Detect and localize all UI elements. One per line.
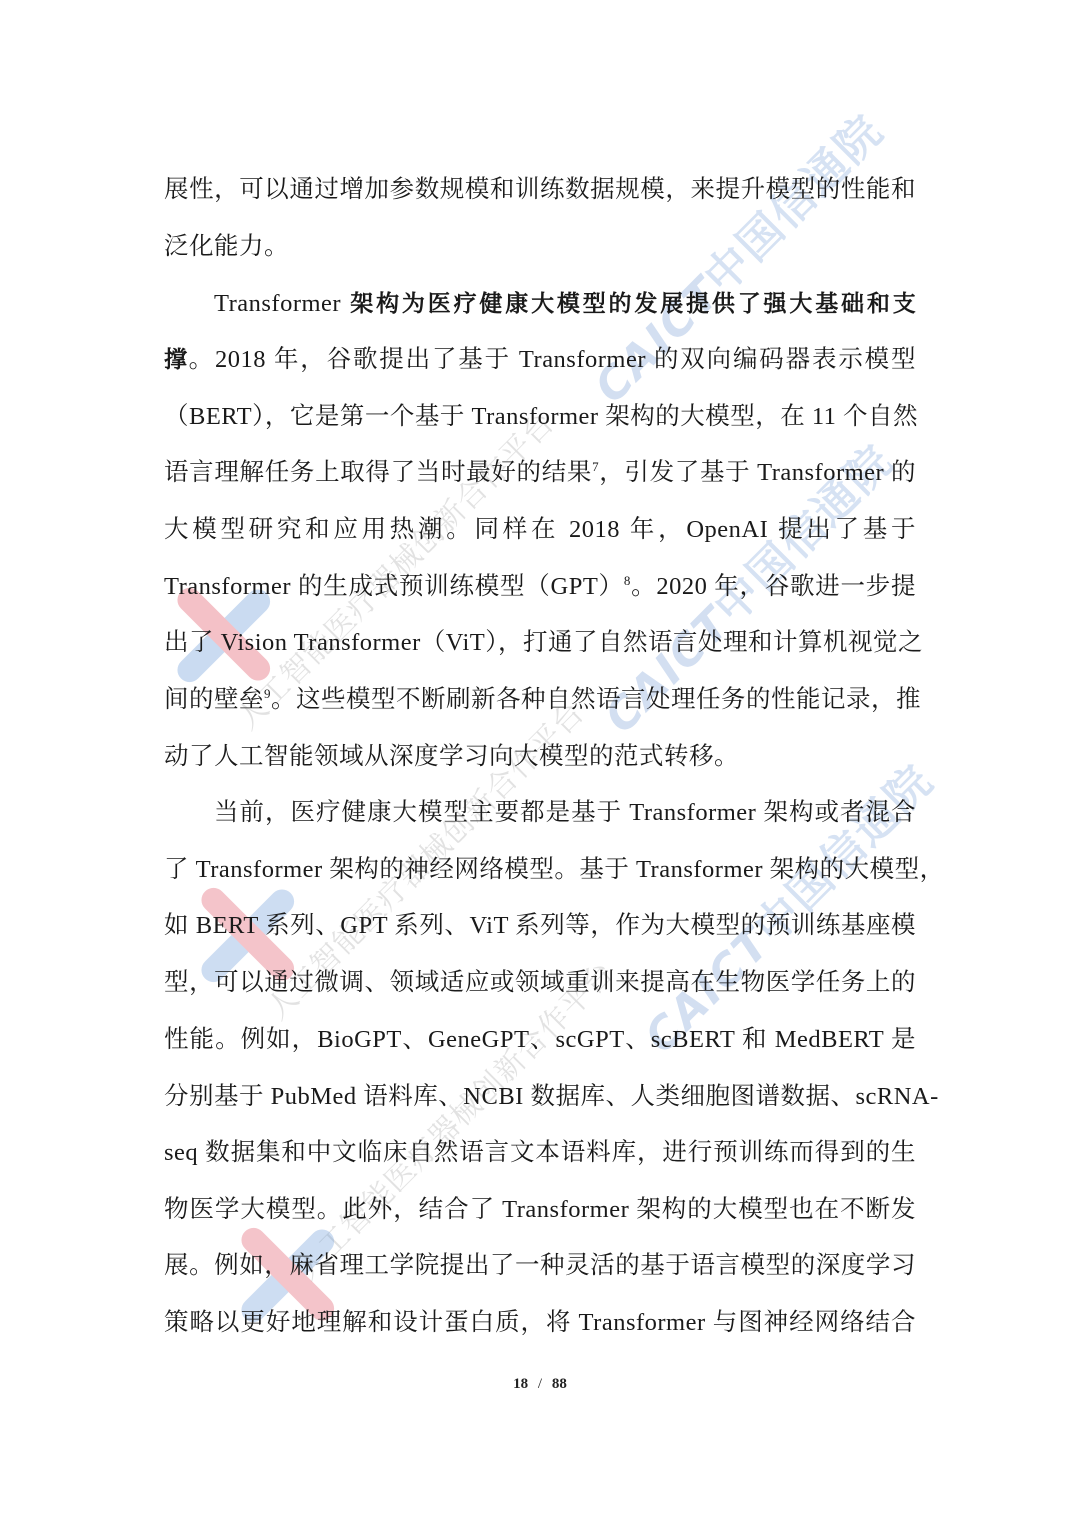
paragraph-line: 型，可以通过微调、领域适应或领域重训来提高在生物医学任务上的 [164, 963, 916, 1003]
paragraph-line: Transformer 的生成式预训练模型（GPT）8。2020 年，谷歌进一步… [164, 567, 916, 607]
inline-text: Transformer [214, 290, 350, 317]
page-separator: / [538, 1376, 542, 1392]
paragraph-line: 撑。2018 年，谷歌提出了基于 Transformer 的双向编码器表示模型 [164, 340, 916, 380]
paragraph-line: 了 Transformer 架构的神经网络模型。基于 Transformer 架… [164, 850, 916, 890]
total-pages: 88 [552, 1376, 567, 1392]
footnote-ref[interactable]: 9 [264, 686, 271, 701]
paragraph-line: seq 数据集和中文临床自然语言文本语料库，进行预训练而得到的生 [164, 1133, 916, 1173]
paragraph-line: 分别基于 PubMed 语料库、NCBI 数据库、人类细胞图谱数据、scRNA- [164, 1077, 916, 1117]
inline-text: 语言理解任务上取得了当时最好的结果 [164, 459, 592, 486]
footnote-ref[interactable]: 8 [624, 573, 631, 588]
inline-text: （BERT），它是第一个基于 Transformer 架构的大模型，在 11 个… [164, 403, 918, 430]
paragraph-line: 如 BERT 系列、GPT 系列、ViT 系列等，作为大模型的预训练基座模 [164, 906, 916, 946]
paragraph-line: 动了人工智能领域从深度学习向大模型的范式转移。 [164, 737, 916, 777]
document-page: CAICT中国信通院 CAICT中国信通院 CAICT中国信通院 人工智能医疗器… [0, 0, 1080, 1528]
paragraph-line: （BERT），它是第一个基于 Transformer 架构的大模型，在 11 个… [164, 397, 916, 437]
paragraph-line: 出了 Vision Transformer（ViT），打通了自然语言处理和计算机… [164, 623, 916, 663]
paragraph-line: 泛化能力。 [164, 227, 916, 267]
paragraph-line: 策略以更好地理解和设计蛋白质，将 Transformer 与图神经网络结合 [164, 1303, 916, 1343]
inline-text: 动了人工智能领域从深度学习向大模型的范式转移。 [164, 743, 739, 770]
inline-text: 。2018 年，谷歌提出了基于 Transformer 的双向编码器表示模型 [189, 346, 916, 373]
bold-lead-text: 撑 [164, 347, 189, 373]
paragraph-line: 展性，可以通过增加参数规模和训练数据规模，来提升模型的性能和 [164, 170, 916, 210]
inline-text: 间的壁垒 [164, 686, 264, 713]
inline-text: ，引发了基于 Transformer 的 [599, 459, 916, 486]
paragraph-line: 当前，医疗健康大模型主要都是基于 Transformer 架构或者混合 [214, 793, 916, 833]
inline-text: 。2020 年，谷歌进一步提 [631, 573, 916, 600]
paragraph-line: 展。例如，麻省理工学院提出了一种灵活的基于语言模型的深度学习 [164, 1246, 916, 1286]
paragraph-line: Transformer 架构为医疗健康大模型的发展提供了强大基础和支 [214, 284, 916, 324]
bold-lead-text: 架构为医疗健康大模型的发展提供了强大基础和支 [350, 291, 916, 317]
inline-text: 出了 Vision Transformer（ViT），打通了自然语言处理和计算机… [164, 629, 923, 656]
inline-text: 大模型研究和应用热潮。同样在 2018 年，OpenAI 提出了基于 [164, 516, 916, 543]
paragraph-line: 大模型研究和应用热潮。同样在 2018 年，OpenAI 提出了基于 [164, 510, 916, 550]
current-page: 18 [513, 1376, 528, 1392]
paragraph-line: 物医学大模型。此外，结合了 Transformer 架构的大模型也在不断发 [164, 1190, 916, 1230]
paragraph-line: 间的壁垒9。这些模型不断刷新各种自然语言处理任务的性能记录，推 [164, 680, 916, 720]
paragraph-line: 语言理解任务上取得了当时最好的结果7，引发了基于 Transformer 的 [164, 453, 916, 493]
paragraph-line: 性能。例如，BioGPT、GeneGPT、scGPT、scBERT 和 MedB… [164, 1020, 916, 1060]
inline-text: Transformer 的生成式预训练模型（GPT） [164, 573, 624, 600]
page-number: 18 / 88 [0, 1376, 1080, 1393]
inline-text: 。这些模型不断刷新各种自然语言处理任务的性能记录，推 [271, 686, 921, 713]
footnote-ref[interactable]: 7 [592, 459, 599, 474]
